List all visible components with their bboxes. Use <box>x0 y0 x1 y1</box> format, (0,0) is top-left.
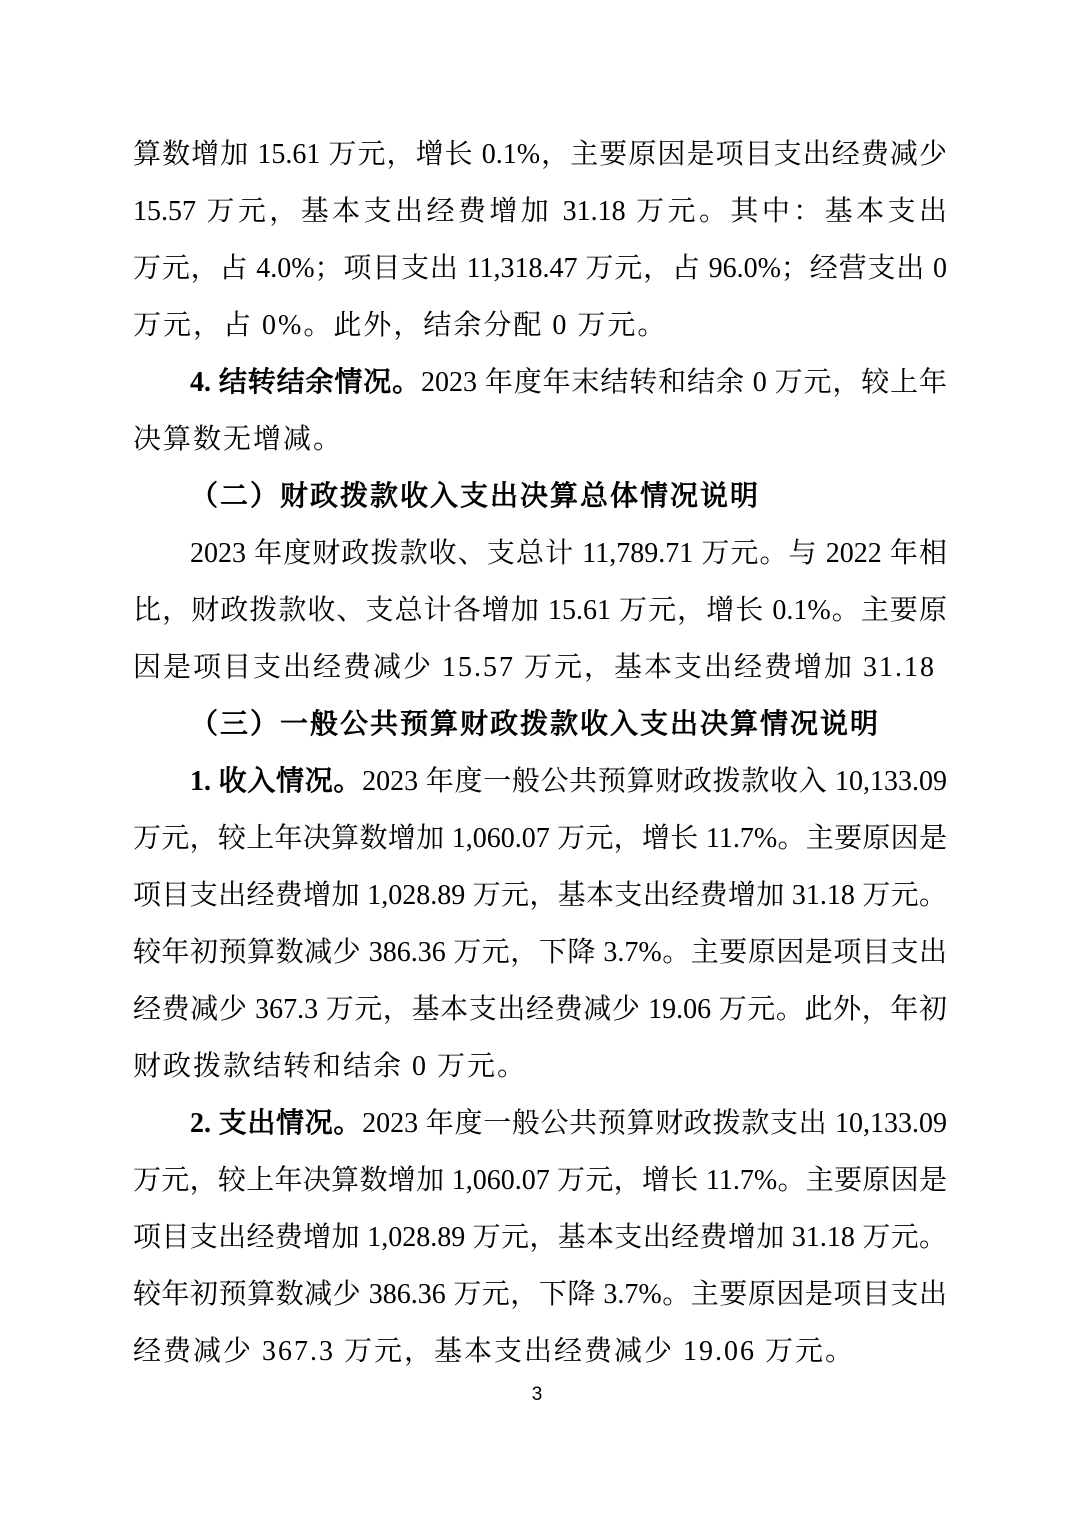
bold-text-run: （二）财政拨款收入支出决算总体情况说明 <box>190 481 760 512</box>
text-line: 1. 收入情况。2023 年度一般公共预算财政拨款收入 10,133.09 <box>133 753 947 810</box>
text-run: 万元，较上年决算数增加 1,060.07 万元，增长 11.7%。主要原因是 <box>133 823 947 854</box>
text-line: 15.57 万元，基本支出经费增加 31.18 万元。其中：基本支出 471.2… <box>133 183 947 240</box>
section-heading: （二）财政拨款收入支出决算总体情况说明 <box>133 468 947 525</box>
text-line: 比，财政拨款收、支总计各增加 15.61 万元，增长 0.1%。主要原 <box>133 582 947 639</box>
text-run: 经费减少 367.3 万元，基本支出经费减少 19.06 万元。 <box>133 1336 855 1367</box>
text-run: 算数增加 15.61 万元，增长 0.1%，主要原因是项目支出经费减少 <box>133 139 947 170</box>
page-footer: 3 <box>0 1382 1074 1408</box>
text-run: 因是项目支出经费减少 15.57 万元，基本支出经费增加 31.18 万元。 <box>133 652 936 696</box>
text-run: 较年初预算数减少 386.36 万元，下降 3.7%。主要原因是项目支出 <box>133 1279 947 1310</box>
text-line: 因是项目支出经费减少 15.57 万元，基本支出经费增加 31.18 万元。 <box>133 639 947 696</box>
section-heading: （三）一般公共预算财政拨款收入支出决算情况说明 <box>133 696 947 753</box>
text-line: 2023 年度财政拨款收、支总计 11,789.71 万元。与 2022 年相 <box>133 525 947 582</box>
document-body: 算数增加 15.61 万元，增长 0.1%，主要原因是项目支出经费减少15.57… <box>133 126 947 1380</box>
text-run: 财政拨款结转和结余 0 万元。 <box>133 1051 527 1082</box>
text-run: 万元，较上年决算数增加 1,060.07 万元，增长 11.7%。主要原因是 <box>133 1165 947 1196</box>
text-line: 万元，较上年决算数增加 1,060.07 万元，增长 11.7%。主要原因是 <box>133 810 947 867</box>
text-line: 4. 结转结余情况。2023 年度年末结转和结余 0 万元，较上年 <box>133 354 947 411</box>
text-line: 万元，占 4.0%；项目支出 11,318.47 万元，占 96.0%；经营支出… <box>133 240 947 297</box>
bold-text-run: 1. 收入情况。 <box>190 766 362 797</box>
text-run: 决算数无增减。 <box>133 424 343 455</box>
document-page: 算数增加 15.61 万元，增长 0.1%，主要原因是项目支出经费减少15.57… <box>0 0 1074 1520</box>
text-run: 2023 年度一般公共预算财政拨款支出 10,133.09 <box>362 1108 947 1139</box>
text-run: 15.57 万元，基本支出经费增加 31.18 万元。其中：基本支出 471.2… <box>133 196 947 240</box>
text-line: 决算数无增减。 <box>133 411 947 468</box>
text-run: 2023 年度一般公共预算财政拨款收入 10,133.09 <box>362 766 947 797</box>
text-line: 较年初预算数减少 386.36 万元，下降 3.7%。主要原因是项目支出 <box>133 1266 947 1323</box>
text-line: 万元，占 0%。此外，结余分配 0 万元。 <box>133 297 947 354</box>
page-number: 3 <box>532 1384 543 1405</box>
bold-text-run: 2. 支出情况。 <box>190 1108 362 1139</box>
text-line: 经费减少 367.3 万元，基本支出经费减少 19.06 万元。此外，年初 <box>133 981 947 1038</box>
text-run: 经费减少 367.3 万元，基本支出经费减少 19.06 万元。此外，年初 <box>133 994 947 1025</box>
text-run: 项目支出经费增加 1,028.89 万元，基本支出经费增加 31.18 万元。 <box>133 1222 947 1253</box>
text-run: 万元，占 4.0%；项目支出 11,318.47 万元，占 96.0%；经营支出… <box>133 253 947 284</box>
text-line: 算数增加 15.61 万元，增长 0.1%，主要原因是项目支出经费减少 <box>133 126 947 183</box>
text-line: 较年初预算数减少 386.36 万元，下降 3.7%。主要原因是项目支出 <box>133 924 947 981</box>
text-line: 财政拨款结转和结余 0 万元。 <box>133 1038 947 1095</box>
text-run: 2023 年度年末结转和结余 0 万元，较上年 <box>421 367 947 398</box>
text-line: 2. 支出情况。2023 年度一般公共预算财政拨款支出 10,133.09 <box>133 1095 947 1152</box>
text-line: 万元，较上年决算数增加 1,060.07 万元，增长 11.7%。主要原因是 <box>133 1152 947 1209</box>
text-run: 项目支出经费增加 1,028.89 万元，基本支出经费增加 31.18 万元。 <box>133 880 947 911</box>
text-run: 2023 年度财政拨款收、支总计 11,789.71 万元。与 2022 年相 <box>190 538 947 569</box>
text-run: 万元，占 0%。此外，结余分配 0 万元。 <box>133 310 667 341</box>
text-run: 比，财政拨款收、支总计各增加 15.61 万元，增长 0.1%。主要原 <box>133 595 947 626</box>
text-line: 项目支出经费增加 1,028.89 万元，基本支出经费增加 31.18 万元。 <box>133 867 947 924</box>
bold-text-run: （三）一般公共预算财政拨款收入支出决算情况说明 <box>190 709 880 740</box>
text-line: 经费减少 367.3 万元，基本支出经费减少 19.06 万元。 <box>133 1323 947 1380</box>
bold-text-run: 4. 结转结余情况。 <box>190 367 421 398</box>
text-line: 项目支出经费增加 1,028.89 万元，基本支出经费增加 31.18 万元。 <box>133 1209 947 1266</box>
text-run: 较年初预算数减少 386.36 万元，下降 3.7%。主要原因是项目支出 <box>133 937 947 968</box>
